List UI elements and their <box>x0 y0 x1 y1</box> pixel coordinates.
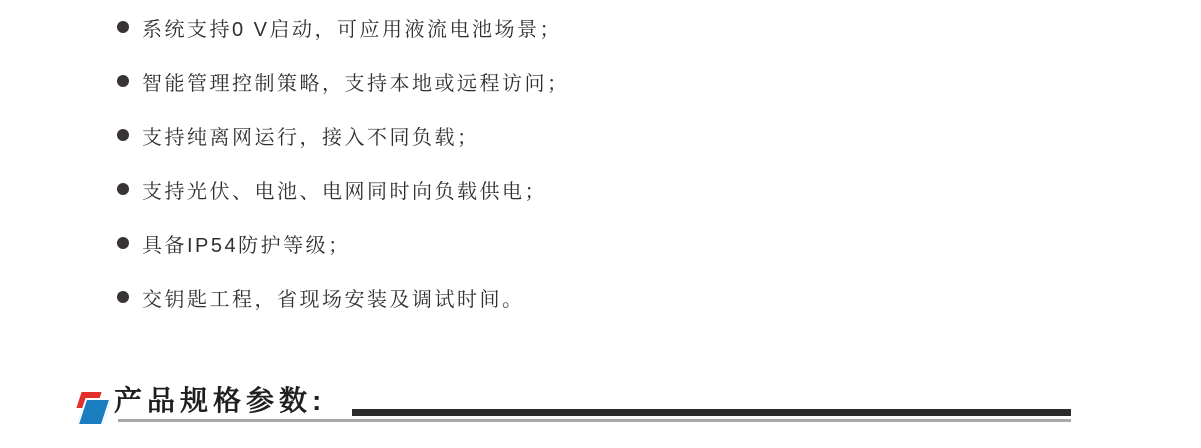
bullet-icon <box>117 129 129 141</box>
parallelogram-icon <box>74 390 114 426</box>
bullet-icon <box>117 237 129 249</box>
feature-list: 系统支持0 V启动，可应用液流电池场景； 智能管理控制策略，支持本地或远程访问；… <box>0 0 1201 324</box>
bullet-icon <box>117 291 129 303</box>
heading-rule-thick <box>352 409 1071 416</box>
feature-item: 系统支持0 V启动，可应用液流电池场景； <box>0 0 1201 54</box>
blue-parallelogram-icon <box>76 398 111 426</box>
feature-text: 具备IP54防护等级； <box>142 229 351 258</box>
page: { "features": { "bullet_icon": "filled-c… <box>0 0 1201 448</box>
bullet-icon <box>117 75 129 87</box>
bullet-icon <box>117 183 129 195</box>
feature-item: 交钥匙工程，省现场安装及调试时间。 <box>0 270 1201 324</box>
heading-rule-thin <box>118 419 1071 422</box>
section-title: 产品规格参数: <box>114 387 326 415</box>
feature-item: 智能管理控制策略，支持本地或远程访问； <box>0 54 1201 108</box>
feature-item: 具备IP54防护等级； <box>0 216 1201 270</box>
bullet-icon <box>117 21 129 33</box>
feature-item: 支持光伏、电池、电网同时向负载供电； <box>0 162 1201 216</box>
feature-text: 智能管理控制策略，支持本地或远程访问； <box>142 67 570 96</box>
feature-text: 支持纯离网运行，接入不同负载； <box>142 121 480 150</box>
feature-text: 支持光伏、电池、电网同时向负载供电； <box>142 175 547 204</box>
red-parallelogram-icon <box>76 392 101 408</box>
feature-text: 系统支持0 V启动，可应用液流电池场景； <box>142 13 562 42</box>
feature-item: 支持纯离网运行，接入不同负载； <box>0 108 1201 162</box>
feature-text: 交钥匙工程，省现场安装及调试时间。 <box>142 283 525 312</box>
